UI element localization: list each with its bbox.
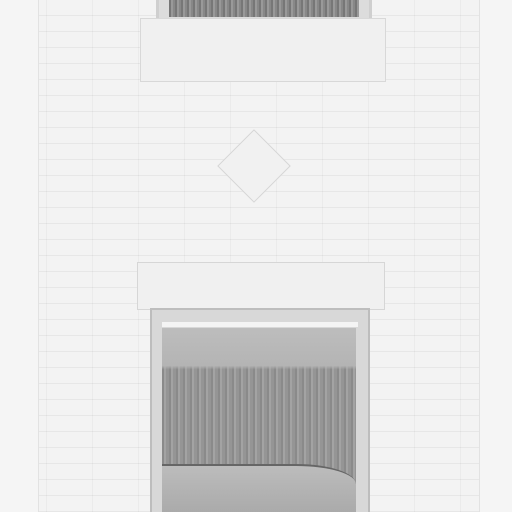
right-pilaster (479, 0, 512, 512)
water-reflection (162, 464, 356, 512)
window-frame-top (162, 322, 358, 327)
lower-window (150, 308, 370, 512)
lower-window-lintel (137, 262, 385, 310)
left-pilaster (0, 0, 39, 512)
upper-lintel (140, 18, 386, 82)
photo-scene (0, 0, 512, 512)
upper-window-glass (169, 0, 359, 17)
